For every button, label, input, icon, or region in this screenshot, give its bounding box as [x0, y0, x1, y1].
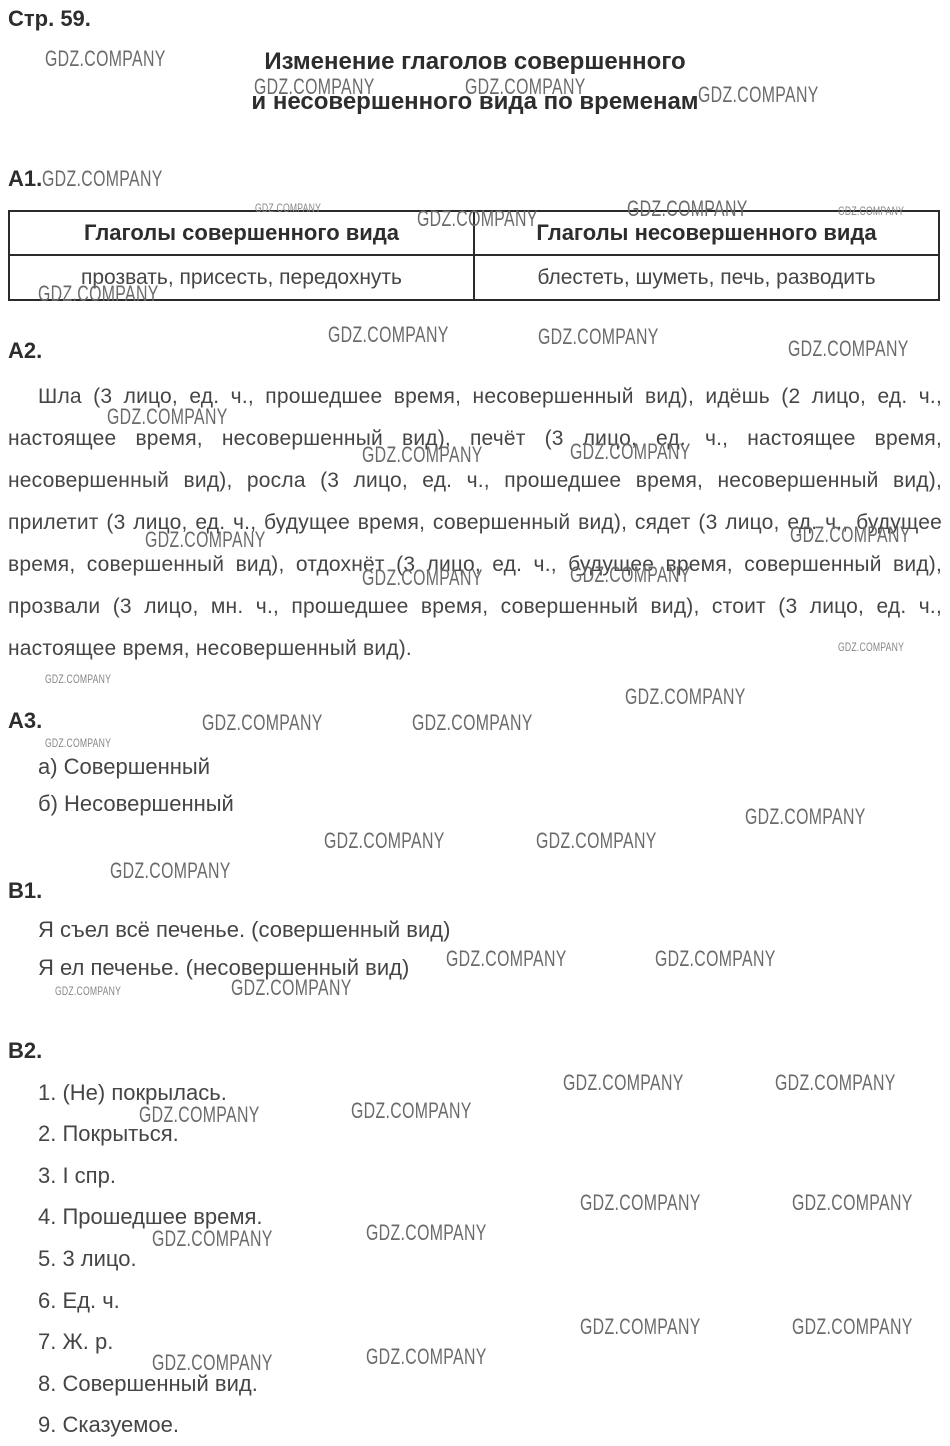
table-header-row: Глаголы совершенного вида Глаголы несове…	[9, 211, 939, 255]
table-header-imperfective: Глаголы несовершенного вида	[474, 211, 939, 255]
task-b1-sentence-perfective: Я съел всё печенье. (совершенный вид)	[38, 917, 450, 943]
task-a2-answer-paragraph: Шла (3 лицо, ед. ч., прошедшее время, не…	[8, 376, 942, 670]
task-b2-item-1: 1. (Не) покрылась.	[38, 1080, 227, 1106]
document-page: Стр. 59. Изменение глаголов совершенного…	[0, 0, 950, 1446]
task-label-b2: В2.	[8, 1038, 42, 1064]
table-row: прозвать, присесть, передохнуть блестеть…	[9, 255, 939, 300]
document-content: Стр. 59. Изменение глаголов совершенного…	[0, 0, 950, 1446]
task-b2-item-8: 8. Совершенный вид.	[38, 1371, 258, 1397]
task-label-a2: А2.	[8, 338, 42, 364]
task-b2-item-5: 5. 3 лицо.	[38, 1246, 137, 1272]
task-b1-sentence-imperfective: Я ел печенье. (несовершенный вид)	[38, 955, 409, 981]
table-header-perfective: Глаголы совершенного вида	[9, 211, 474, 255]
table-cell-imperfective-verbs: блестеть, шуметь, печь, разводить	[474, 255, 939, 300]
task-label-a3: А3.	[8, 708, 42, 734]
task-label-b1: В1.	[8, 878, 42, 904]
verbs-aspect-table: Глаголы совершенного вида Глаголы несове…	[8, 210, 940, 301]
task-a3-answer-b: б) Несовершенный	[38, 791, 234, 817]
table-cell-perfective-verbs: прозвать, присесть, передохнуть	[9, 255, 474, 300]
task-b2-item-9: 9. Сказуемое.	[38, 1412, 179, 1438]
task-b2-item-2: 2. Покрыться.	[38, 1121, 179, 1147]
task-b2-item-4: 4. Прошедшее время.	[38, 1204, 263, 1230]
task-b2-item-7: 7. Ж. р.	[38, 1329, 113, 1355]
document-title-line2: и несовершенного вида по временам	[0, 82, 950, 122]
document-title: Изменение глаголов совершенного и несове…	[0, 42, 950, 122]
task-label-a1: А1.	[8, 166, 42, 192]
document-title-line1: Изменение глаголов совершенного	[0, 42, 950, 82]
task-b2-item-6: 6. Ед. ч.	[38, 1288, 120, 1314]
task-a3-answer-a: а) Совершенный	[38, 754, 210, 780]
task-b2-item-3: 3. I спр.	[38, 1163, 116, 1189]
page-number-heading: Стр. 59.	[8, 6, 91, 32]
